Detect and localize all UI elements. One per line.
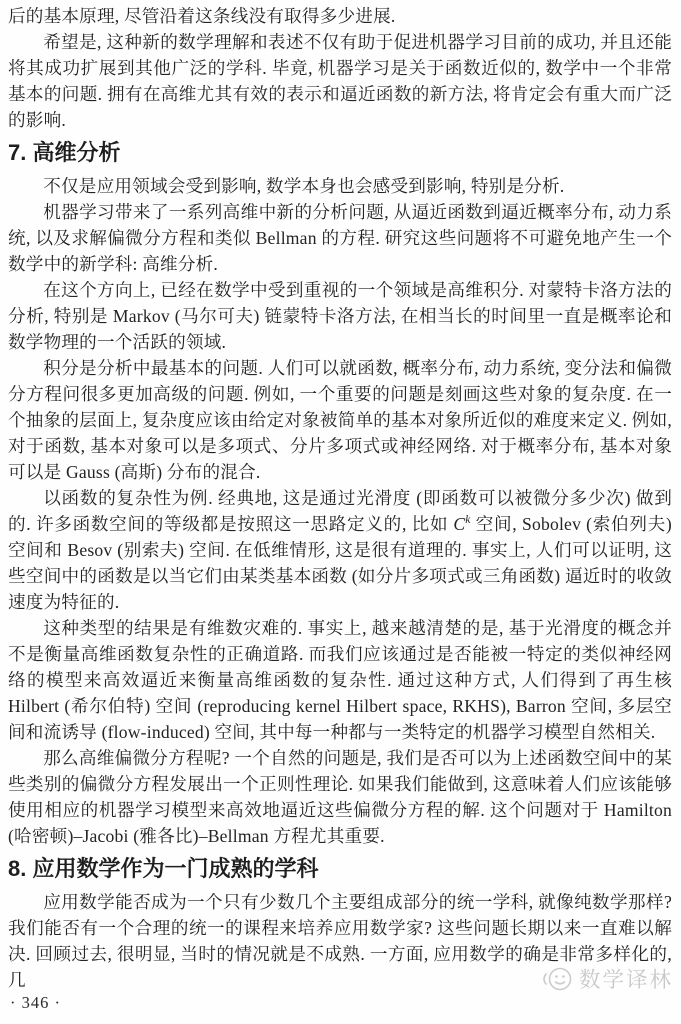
math-symbol-C: C xyxy=(453,514,465,534)
section-7-paragraph-5: 以函数的复杂性为例. 经典地, 这是通过光滑度 (即函数可以被微分多少次) 做到… xyxy=(8,485,672,615)
document-page: 后的基本原理, 尽管沿着这条线没有取得多少进展. 希望是, 这种新的数学理解和表… xyxy=(0,0,681,993)
section-8-paragraph-1: 应用数学能否成为一个只有少数几个主要组成部分的统一学科, 就像纯数学那样? 我们… xyxy=(8,889,672,993)
paragraph-hope: 希望是, 这种新的数学理解和表述不仅有助于促进机器学习目前的成功, 并且还能将其… xyxy=(8,29,672,133)
section-7-paragraph-2: 机器学习带来了一系列高维中新的分析问题, 从逼近函数到逼近概率分布, 动力系统,… xyxy=(8,199,672,277)
paragraph-continued-from-previous-page: 后的基本原理, 尽管沿着这条线没有取得多少进展. xyxy=(8,3,672,29)
section-8-heading: 8. 应用数学作为一门成熟的学科 xyxy=(8,854,672,884)
page-number: · 346 · xyxy=(10,993,61,1013)
section-7-paragraph-3: 在这个方向上, 已经在数学中受到重视的一个领域是高维积分. 对蒙特卡洛方法的分析… xyxy=(8,277,672,355)
section-7-paragraph-1: 不仅是应用领域会受到影响, 数学本身也会感受到影响, 特别是分析. xyxy=(8,173,672,199)
section-7-paragraph-6: 这种类型的结果是有维数灾难的. 事实上, 越来越清楚的是, 基于光滑度的概念并不… xyxy=(8,615,672,745)
section-7-paragraph-7: 那么高维偏微分方程呢? 一个自然的问题是, 我们是否可以为上述函数空间中的某些类… xyxy=(8,745,672,849)
section-7-heading: 7. 高维分析 xyxy=(8,138,672,168)
section-7-paragraph-4: 积分是分析中最基本的问题. 人们可以就函数, 概率分布, 动力系统, 变分法和偏… xyxy=(8,355,672,485)
